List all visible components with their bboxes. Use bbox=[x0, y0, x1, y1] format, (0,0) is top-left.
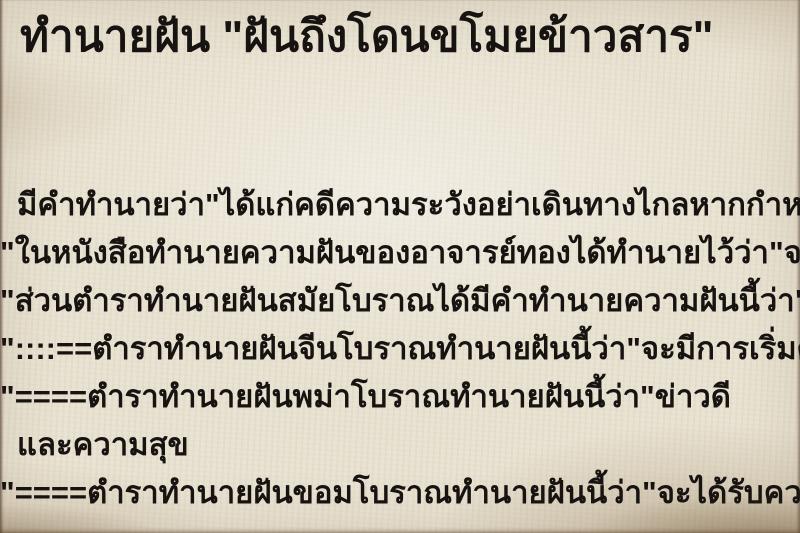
prediction-line: "====ตำราทำนายฝันขอมโบราณทำนายฝันนี้ว่า"… bbox=[0, 469, 800, 517]
prediction-line: "ในหนังสือทำนายความฝันของอาจารย์ทองได้ทำ… bbox=[0, 229, 800, 277]
prediction-line: และความสุข bbox=[0, 421, 800, 469]
prediction-line: "====ตำราทำนายฝันพม่าโบราณทำนายฝันนี้ว่า… bbox=[0, 373, 800, 421]
prediction-line: "::::==ตำราทำนายฝันจีนโบราณทำนายฝันนี้ว่… bbox=[0, 325, 800, 373]
page-title: ทำนายฝัน "ฝันถึงโดนขโมยข้าวสาร" bbox=[20, 6, 714, 68]
prediction-text-block: มีคำทำนายว่า"ได้แก่คดีความระวังอย่าเดินท… bbox=[0, 181, 800, 517]
prediction-line: มีคำทำนายว่า"ได้แก่คดีความระวังอย่าเดินท… bbox=[0, 181, 800, 229]
parchment-page: ทำนายฝัน "ฝันถึงโดนขโมยข้าวสาร" มีคำทำนา… bbox=[0, 0, 800, 533]
prediction-line: "ส่วนตำราทำนายฝันสมัยโบราณได้มีคำทำนายคว… bbox=[0, 277, 800, 325]
